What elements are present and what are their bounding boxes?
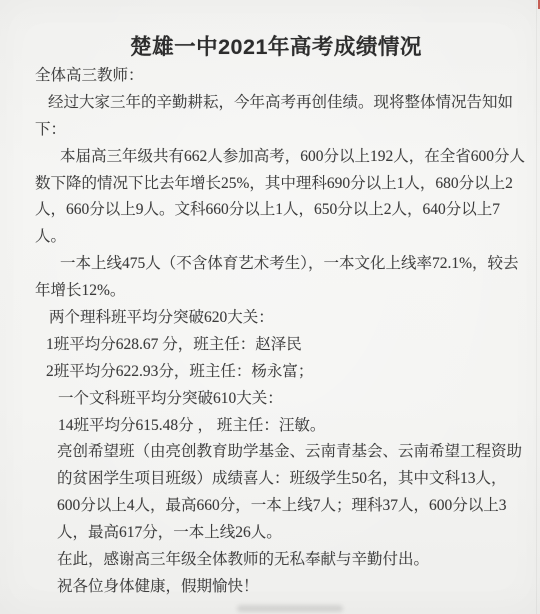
- text-line: 亮创希望班（由亮创教育助学基金、云南青基会、云南希望工程资助: [0, 439, 540, 466]
- class1-score-line: 1班平均分628.67 分，班主任：赵泽民: [0, 332, 540, 359]
- text-line: 数下降的情况下比去年增长25%，其中理科690分以上1人，680分以上2: [0, 171, 540, 198]
- salutation-line: 全体高三教师：: [0, 63, 540, 90]
- thanks-line: 在此，感谢高三年级全体教师的无私奉献与辛勤付出。: [0, 547, 540, 574]
- text-line: 人，最高617分，一本上线26人。: [0, 520, 540, 547]
- document-photo: 楚雄一中2021年高考成绩情况 全体高三教师： 经过大家三年的辛勤耕耘，今年高考…: [0, 0, 540, 614]
- text-line: 人。: [0, 224, 540, 251]
- text-line: 600分以上4人，最高660分，一本上线7人；理科37人，600分以上3: [0, 493, 540, 520]
- text-line: 经过大家三年的辛勤耕耘，今年高考再创佳绩。现将整体情况告知如: [0, 90, 540, 117]
- text-line: 下：: [0, 117, 540, 144]
- wishes-line: 祝各位身体健康，假期愉快！: [0, 574, 540, 601]
- text-line: 的贫困学生项目班级）成绩喜人：班级学生50名，其中文科13人，: [0, 466, 540, 493]
- photo-edge-seam: [536, 0, 537, 614]
- text-line: 人，660分以上9人。文科660分以上1人，650分以上2人，640分以上7: [0, 197, 540, 224]
- document-body: 全体高三教师： 经过大家三年的辛勤耕耘，今年高考再创佳绩。现将整体情况告知如 下…: [0, 63, 540, 601]
- document-title: 楚雄一中2021年高考成绩情况: [0, 30, 540, 61]
- text-line: 一本上线475人（不含体育艺术考生），一本文化上线率72.1%，较去: [0, 251, 540, 278]
- science-class-heading: 两个理科班平均分突破620大关：: [0, 305, 540, 332]
- class2-score-line: 2班平均分622.93分，班主任：杨永富；: [0, 359, 540, 386]
- text-line: 本届高三年级共有662人参加高考，600分以上192人，在全省600分人: [0, 144, 540, 171]
- liberal-class-heading: 一个文科班平均分突破610大关：: [0, 386, 540, 413]
- text-line: 年增长12%。: [0, 278, 540, 305]
- cutoff-faint-text: [237, 605, 343, 612]
- class14-score-line: 14班平均分615.48分 ， 班主任：汪敏。: [0, 413, 540, 440]
